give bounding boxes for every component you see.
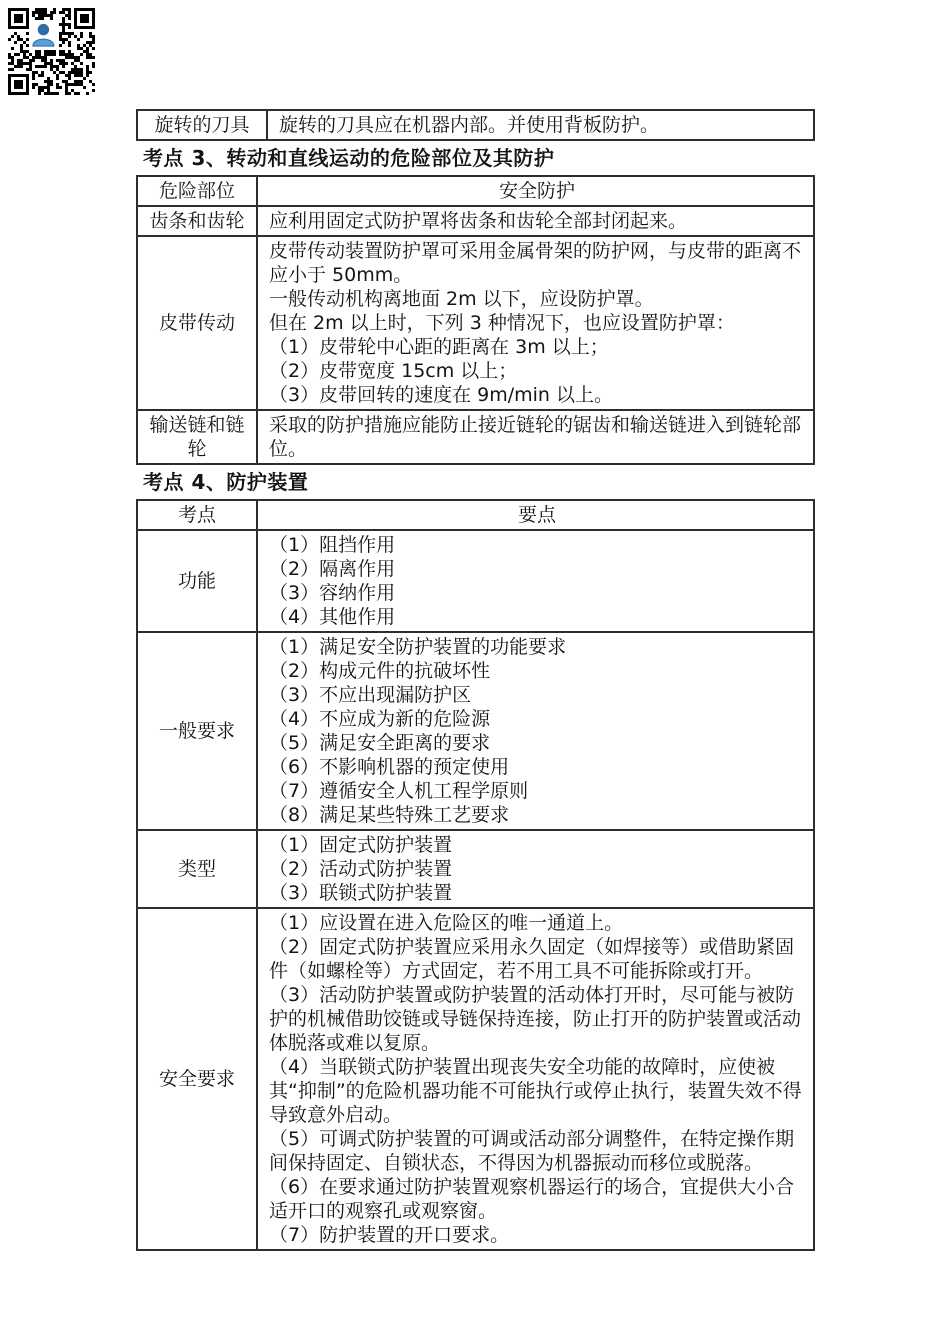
cell-line: （5）可调式防护装置的可调或活动部分调整件，在特定操作期间保持固定、自锁状态，不…	[269, 1127, 805, 1175]
qr-code-image	[8, 8, 95, 95]
key-points-cell: （1）应设置在进入危险区的唯一通道上。 （2）固定式防护装置应采用永久固定（如焊…	[257, 908, 814, 1250]
cell-line: （3）不应出现漏防护区	[269, 683, 805, 707]
protection-cell: 皮带传动装置防护罩可采用金属骨架的防护网，与皮带的距离不应小于 50mm。 一般…	[257, 236, 814, 410]
hazard-part-cell: 旋转的刀具	[137, 110, 267, 140]
topic-cell: 安全要求	[137, 908, 257, 1250]
protection-cell: 采取的防护措施应能防止接近链轮的锯齿和输送链进入到链轮部位。	[257, 410, 814, 464]
table-header-row: 考点 要点	[137, 500, 814, 530]
cell-line: （1）固定式防护装置	[269, 833, 805, 857]
table-row: 齿条和齿轮 应利用固定式防护罩将齿条和齿轮全部封闭起来。	[137, 206, 814, 236]
qr-code	[8, 8, 95, 95]
cell-line: （7）防护装置的开口要求。	[269, 1223, 805, 1247]
cell-line: 采取的防护措施应能防止接近链轮的锯齿和输送链进入到链轮部位。	[269, 413, 805, 461]
cell-line: （6）不影响机器的预定使用	[269, 755, 805, 779]
rotating-tools-table: 旋转的刀具 旋转的刀具应在机器内部。并使用背板防护。	[136, 109, 815, 141]
column-header-topic: 考点	[137, 500, 257, 530]
cell-line: （6）在要求通过防护装置观察机器运行的场合，宜提供大小合适开口的观察孔或观察窗。	[269, 1175, 805, 1223]
table-row: 输送链和链轮 采取的防护措施应能防止接近链轮的锯齿和输送链进入到链轮部位。	[137, 410, 814, 464]
cell-line: 但在 2m 以上时，下列 3 种情况下，也应设置防护罩：	[269, 311, 805, 335]
hazard-part-cell: 皮带传动	[137, 236, 257, 410]
cell-line: （3）容纳作用	[269, 581, 805, 605]
cell-line: （3）活动防护装置或防护装置的活动体打开时，尽可能与被防护的机械借助饺链或导链保…	[269, 983, 805, 1055]
cell-line: （2）固定式防护装置应采用永久固定（如焊接等）或借助紧固件（如螺栓等）方式固定，…	[269, 935, 805, 983]
cell-line: （1）阻挡作用	[269, 533, 805, 557]
cell-line: （2）构成元件的抗破坏性	[269, 659, 805, 683]
cell-line: （1）皮带轮中心距的距离在 3m 以上；	[269, 335, 805, 359]
section3-heading: 考点 3、转动和直线运动的危险部位及其防护	[136, 141, 815, 175]
column-header-hazard-part: 危险部位	[137, 176, 257, 206]
cell-line: （3）联锁式防护装置	[269, 881, 805, 905]
cell-line: （4）不应成为新的危险源	[269, 707, 805, 731]
protection-cell: 应利用固定式防护罩将齿条和齿轮全部封闭起来。	[257, 206, 814, 236]
cell-line: （1）应设置在进入危险区的唯一通道上。	[269, 911, 805, 935]
key-points-cell: （1）阻挡作用 （2）隔离作用 （3）容纳作用 （4）其他作用	[257, 530, 814, 632]
cell-line: （8）满足某些特殊工艺要求	[269, 803, 805, 827]
table-row: 类型 （1）固定式防护装置 （2）活动式防护装置 （3）联锁式防护装置	[137, 830, 814, 908]
table-row: 功能 （1）阻挡作用 （2）隔离作用 （3）容纳作用 （4）其他作用	[137, 530, 814, 632]
protection-cell: 旋转的刀具应在机器内部。并使用背板防护。	[267, 110, 814, 140]
cell-line: 应利用固定式防护罩将齿条和齿轮全部封闭起来。	[269, 209, 805, 233]
cell-line: （2）隔离作用	[269, 557, 805, 581]
cell-line: （5）满足安全距离的要求	[269, 731, 805, 755]
cell-line: （4）当联锁式防护装置出现丧失安全功能的故障时，应使被其“抑制”的危险机器功能不…	[269, 1055, 805, 1127]
document-page: { "qr": { "module_color": "#000000", "ic…	[0, 0, 950, 1344]
cell-line: （2）活动式防护装置	[269, 857, 805, 881]
hazard-part-cell: 输送链和链轮	[137, 410, 257, 464]
key-points-cell: （1）固定式防护装置 （2）活动式防护装置 （3）联锁式防护装置	[257, 830, 814, 908]
table-header-row: 危险部位 安全防护	[137, 176, 814, 206]
column-header-key-points: 要点	[257, 500, 814, 530]
table-row: 皮带传动 皮带传动装置防护罩可采用金属骨架的防护网，与皮带的距离不应小于 50m…	[137, 236, 814, 410]
topic-cell: 一般要求	[137, 632, 257, 830]
section4-table: 考点 要点 功能 （1）阻挡作用 （2）隔离作用 （3）容纳作用 （4）其他作用…	[136, 499, 815, 1251]
cell-line: 一般传动机构离地面 2m 以下，应设防护罩。	[269, 287, 805, 311]
cell-line: （1）满足安全防护装置的功能要求	[269, 635, 805, 659]
cell-line: （2）皮带宽度 15cm 以上；	[269, 359, 805, 383]
qr-person-icon	[29, 20, 58, 49]
table-row: 安全要求 （1）应设置在进入危险区的唯一通道上。 （2）固定式防护装置应采用永久…	[137, 908, 814, 1250]
cell-line: （3）皮带回转的速度在 9m/min 以上。	[269, 383, 805, 407]
cell-line: （4）其他作用	[269, 605, 805, 629]
topic-cell: 类型	[137, 830, 257, 908]
cell-line: 皮带传动装置防护罩可采用金属骨架的防护网，与皮带的距离不应小于 50mm。	[269, 239, 805, 287]
hazard-part-cell: 齿条和齿轮	[137, 206, 257, 236]
column-header-safety-protection: 安全防护	[257, 176, 814, 206]
section4-heading: 考点 4、防护装置	[136, 465, 815, 499]
topic-cell: 功能	[137, 530, 257, 632]
key-points-cell: （1）满足安全防护装置的功能要求 （2）构成元件的抗破坏性 （3）不应出现漏防护…	[257, 632, 814, 830]
cell-line: （7）遵循安全人机工程学原则	[269, 779, 805, 803]
page-content: 旋转的刀具 旋转的刀具应在机器内部。并使用背板防护。 考点 3、转动和直线运动的…	[136, 109, 815, 1251]
table-row: 旋转的刀具 旋转的刀具应在机器内部。并使用背板防护。	[137, 110, 814, 140]
section3-table: 危险部位 安全防护 齿条和齿轮 应利用固定式防护罩将齿条和齿轮全部封闭起来。 皮…	[136, 175, 815, 465]
table-row: 一般要求 （1）满足安全防护装置的功能要求 （2）构成元件的抗破坏性 （3）不应…	[137, 632, 814, 830]
